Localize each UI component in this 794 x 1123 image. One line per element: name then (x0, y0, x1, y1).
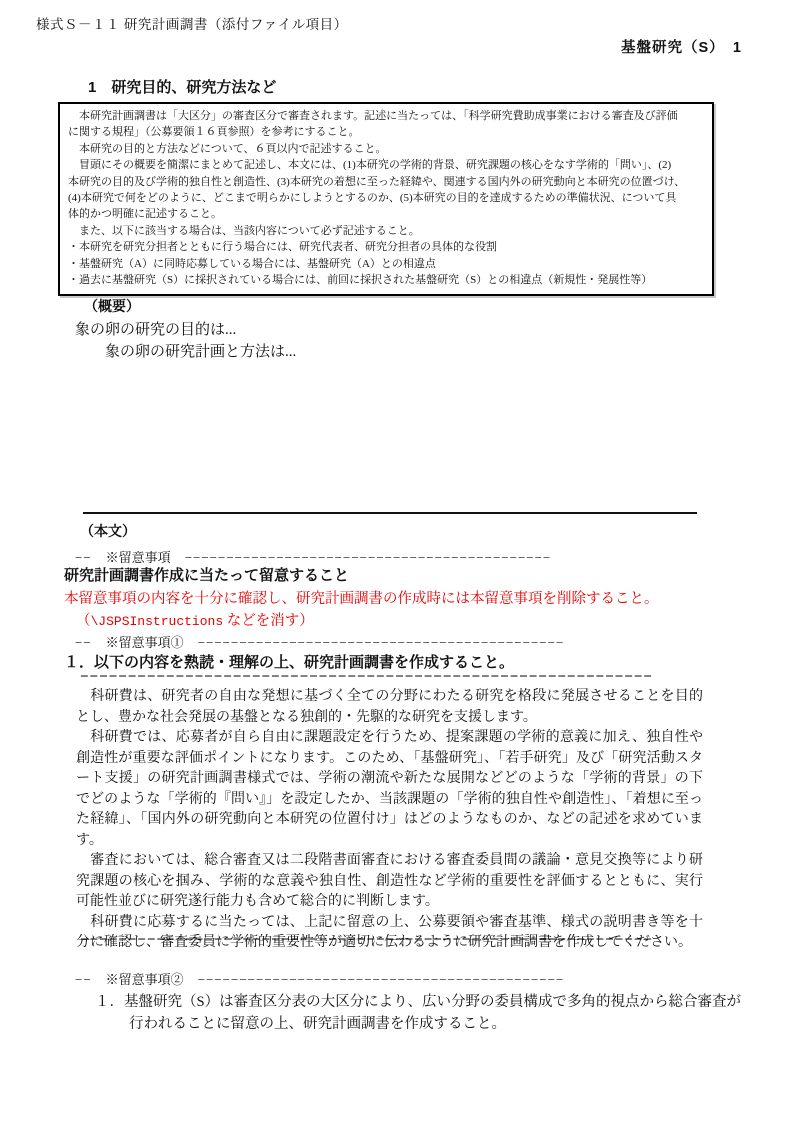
kakenhi-description: 科研費は、研究者の自由な発想に基づく全ての分野にわたる研究を格段に発展させること… (76, 685, 703, 952)
section-divider-rule (83, 512, 697, 514)
research-category-header: 基盤研究（S） 1 (621, 36, 742, 57)
dashed-separator: −−−−−−−−−−−−−−−−−−−−−−−−−−−−−−−−−−−−−−−−… (80, 934, 697, 946)
instruction-line: 本研究計画調書は「大区分」の審査区分で審査されます。記述に当たっては、「科学研究… (68, 108, 704, 124)
notice-trailing-dashes: −−−−−−−−−−−−−−−−−−−−−−−−−−−−−−−−−−−−−−−−… (198, 972, 682, 988)
instruction-line: 本研究の目的及び学術的独自性と創造性、(3)本研究の着想に至った経緯や、関連する… (68, 174, 704, 190)
notice-rule-1: −− ※留意事項① −−−−−−−−−−−−−−−−−−−−−−−−−−−−−−… (75, 632, 682, 651)
warning-text-rest: などを消す） (223, 613, 314, 629)
item2-number: １． (95, 994, 124, 1010)
notice-rule-2: −− ※留意事項② −−−−−−−−−−−−−−−−−−−−−−−−−−−−−−… (75, 969, 682, 988)
item2-text: 基盤研究（S）は審査区分表の大区分により、広い分野の委員構成で多角的視点から総合… (124, 994, 741, 1032)
warning-text-line: （\JSPSInstructions などを消す） (76, 609, 314, 630)
instruction-line: に関する規程」（公募要領１６頁参照）を参考にすること。 (68, 124, 704, 140)
latex-command-text: \JSPSInstructions (91, 614, 224, 629)
notice-item2: １．基盤研究（S）は審査区分表の大区分により、広い分野の委員構成で多角的視点から… (95, 991, 746, 1035)
notice-trailing-dashes: −−−−−−−−−−−−−−−−−−−−−−−−−−−−−−−−−−−−−−−−… (198, 635, 682, 651)
warning-paren-open: （ (76, 613, 91, 629)
instruction-line: 冒頭にその概要を簡潔にまとめて記述し、本文には、(1)本研究の学術的背景、研究課… (68, 157, 704, 173)
notice-item1-heading: １．以下の内容を熟読・理解の上、研究計画調書を作成すること。 (64, 651, 514, 672)
notice-label: ※留意事項① (106, 632, 184, 651)
instruction-bullet: ・過去に基盤研究（S）に採択されている場合には、前回に採択された基盤研究（S）と… (68, 272, 704, 288)
notice-lead-dashes: −− (75, 635, 92, 651)
overview-label: （概要） (84, 296, 140, 316)
document-page: 様式Ｓ－１１ 研究計画調書（添付ファイル項目） 基盤研究（S） 1 1 研究目的… (0, 0, 794, 1123)
dashed-separator: −−−−−−−−−−−−−−−−−−−−−−−−−−−−−−−−−−−−−−−−… (80, 671, 697, 683)
instruction-bullet: ・基盤研究（A）に同時応募している場合には、基盤研究（A）との相違点 (68, 256, 704, 272)
notice-label: ※留意事項② (106, 969, 184, 988)
instruction-box: 本研究計画調書は「大区分」の審査区分で審査されます。記述に当たっては、「科学研究… (58, 102, 714, 296)
body-paragraph: 審査においては、総合審査又は二段階書面審査における審査委員間の議論・意見交換等に… (76, 849, 703, 911)
body-paragraph: 科研費は、研究者の自由な発想に基づく全ての分野にわたる研究を格段に発展させること… (76, 685, 703, 726)
instruction-line: 体的かつ明確に記述すること。 (68, 206, 704, 222)
instruction-bullet: ・本研究を研究分担者とともに行う場合には、研究代表者、研究分担者の具体的な役割 (68, 239, 704, 255)
instruction-line: 本研究の目的と方法などについて、６頁以内で記述すること。 (68, 141, 704, 157)
overview-text-line: 象の卵の研究の目的は... (75, 318, 236, 339)
instruction-line: (4)本研究で何をどのように、どこまで明らかにしようとするのか、(5)本研究の目… (68, 190, 704, 206)
attention-heading: 研究計画調書作成に当たって留意すること (64, 564, 349, 585)
warning-text-line: 本留意事項の内容を十分に確認し、研究計画調書の作成時には本留意事項を削除すること… (64, 587, 659, 608)
overview-text-line: 象の卵の研究計画と方法は... (75, 340, 296, 361)
form-number-label: 様式Ｓ－１１ 研究計画調書（添付ファイル項目） (36, 13, 348, 33)
section1-heading: 1 研究目的、研究方法など (88, 76, 276, 97)
notice-lead-dashes: −− (75, 972, 92, 988)
body-paragraph: 科研費では、応募者が自ら自由に課題設定を行うため、提案課題の学術的意義に加え、独… (76, 726, 703, 849)
main-text-label: （本文） (80, 521, 136, 541)
instruction-line: また、以下に該当する場合は、当該内容について必ず記述すること。 (68, 223, 704, 239)
